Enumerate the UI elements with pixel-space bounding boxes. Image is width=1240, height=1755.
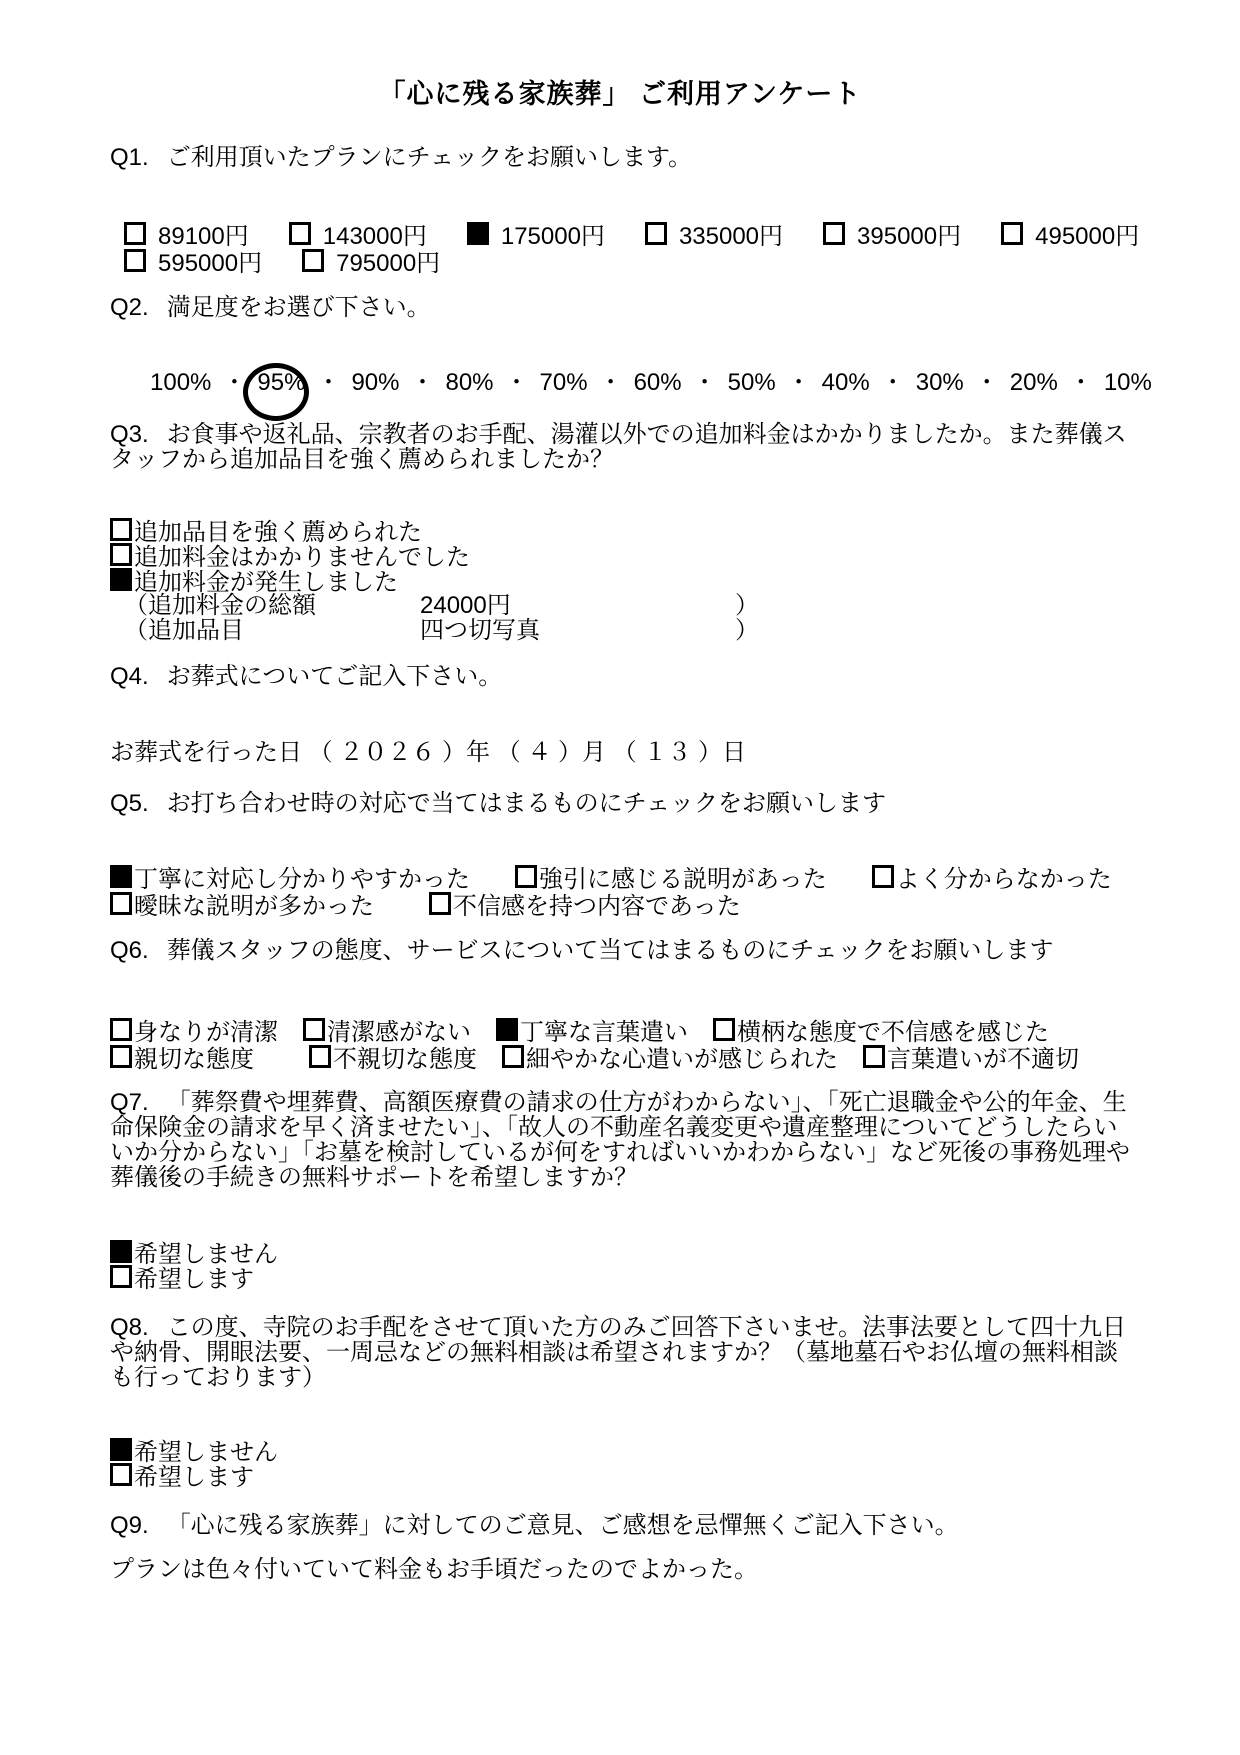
question-q3-number: Q3.: [110, 421, 149, 448]
q5-option: 曖昧な説明が多かった: [110, 892, 374, 919]
scale-separator: ・: [787, 370, 811, 395]
checkbox-unchecked-icon: [289, 222, 311, 245]
scale-option: 90%: [351, 370, 399, 395]
checkbox-unchecked-icon: [302, 249, 324, 272]
detail-value: 24000円: [420, 593, 735, 618]
checkbox-unchecked-icon: [309, 1045, 331, 1068]
close-paren: ）: [735, 592, 759, 619]
option-label: 追加料金はかかりませんでした: [134, 544, 470, 571]
satisfaction-scale: 100% ・ 95% ・ 90% ・ 80% ・ 70% ・ 60% ・ 50%…: [150, 370, 1152, 395]
option-label: 175000円: [501, 223, 605, 250]
checkbox-unchecked-icon: [502, 1045, 524, 1068]
q6-options-row-1: 身なりが清潔 清潔感がない 丁寧な言葉遣い 横柄な態度で不信感を感じた: [110, 1018, 1079, 1045]
q6-option: 清潔感がない: [303, 1018, 471, 1045]
scale-separator: ・: [1069, 370, 1093, 395]
checkbox-unchecked-icon: [515, 865, 537, 888]
q5-options-row-1: 丁寧に対応し分かりやすかった 強引に感じる説明があった よく分からなかった: [110, 865, 1112, 892]
q6-option: 親切な態度: [110, 1045, 254, 1072]
detail-value: 四つ切写真: [420, 618, 735, 643]
checkbox-unchecked-icon: [110, 1463, 132, 1486]
scale-option: 80%: [445, 370, 493, 395]
checkbox-unchecked-icon: [124, 222, 146, 245]
q5-options-row-2: 曖昧な説明が多かった 不信感を持つ内容であった: [110, 892, 1112, 919]
open-paren: （: [124, 617, 148, 644]
plan-option: 89100円: [124, 222, 249, 249]
option-label: 希望しません: [134, 1439, 278, 1466]
option-label: 希望しません: [134, 1241, 278, 1268]
q3-option-selected: 追加料金が発生しました: [110, 568, 470, 593]
checkbox-checked-icon: [110, 1438, 132, 1461]
scale-option: 30%: [916, 370, 964, 395]
question-q4-text: お葬式についてご記入下さい。: [167, 663, 503, 690]
option-label: 細やかな心遣いが感じられた: [526, 1046, 838, 1073]
option-label: 希望します: [134, 1266, 254, 1293]
q6-option: 細やかな心遣いが感じられた: [502, 1045, 838, 1072]
scale-separator: ・: [505, 370, 529, 395]
scale-option-selected: 95%: [257, 370, 305, 395]
checkbox-checked-icon: [467, 222, 489, 245]
question-q3-text: お食事や返礼品、宗教者のお手配、湯灌以外での追加料金はかかりましたか。また葬儀ス…: [110, 421, 1127, 473]
scale-option: 95%: [257, 369, 305, 396]
plan-option-selected: 175000円: [467, 222, 605, 249]
scale-option: 100%: [150, 370, 211, 395]
q3-options: 追加品目を強く薦められた 追加料金はかかりませんでした 追加料金が発生しました: [110, 518, 470, 593]
option-label: 丁寧な言葉遣い: [520, 1019, 688, 1046]
q6-option: 不親切な態度: [309, 1045, 477, 1072]
survey-document: 「心に残る家族葬」 ご利用アンケート Q1.ご利用頂いたプランにチェックをお願い…: [0, 0, 1240, 1755]
checkbox-unchecked-icon: [110, 1018, 132, 1041]
checkbox-unchecked-icon: [823, 222, 845, 245]
scale-option: 60%: [634, 370, 682, 395]
q6-options: 身なりが清潔 清潔感がない 丁寧な言葉遣い 横柄な態度で不信感を感じた 親切な態…: [110, 1018, 1079, 1072]
scale-separator: ・: [316, 370, 340, 395]
detail-label: 追加品目: [148, 617, 244, 644]
checkbox-unchecked-icon: [110, 518, 132, 541]
option-label: 親切な態度: [134, 1046, 254, 1073]
open-paren: （: [124, 592, 148, 619]
question-q7-number: Q7.: [110, 1089, 149, 1116]
option-label: 身なりが清潔: [134, 1019, 278, 1046]
plan-option: 335000円: [645, 222, 783, 249]
q8-option-selected: 希望しません: [110, 1438, 278, 1463]
option-label: 清潔感がない: [327, 1019, 471, 1046]
checkbox-unchecked-icon: [303, 1018, 325, 1041]
checkbox-unchecked-icon: [110, 1265, 132, 1288]
scale-option: 10%: [1104, 370, 1152, 395]
question-q5: Q5.お打ち合わせ時の対応で当てはまるものにチェックをお願いします: [110, 791, 1136, 816]
scale-separator: ・: [222, 370, 246, 395]
plan-option: 495000円: [1001, 222, 1139, 249]
checkbox-unchecked-icon: [429, 892, 451, 915]
q6-option: 言葉遣いが不適切: [863, 1045, 1079, 1072]
q3-option: 追加料金はかかりませんでした: [110, 543, 470, 568]
scale-separator: ・: [975, 370, 999, 395]
option-label: 795000円: [336, 250, 440, 277]
scale-option: 70%: [540, 370, 588, 395]
plan-option: 395000円: [823, 222, 961, 249]
option-label: 495000円: [1035, 223, 1139, 250]
checkbox-checked-icon: [110, 1240, 132, 1263]
option-label: 希望します: [134, 1464, 254, 1491]
question-q9: Q9.「心に残る家族葬」に対してのご意見、ご感想を忌憚無くご記入下さい。: [110, 1513, 1136, 1538]
q5-option: 強引に感じる説明があった: [515, 865, 827, 892]
option-label: 143000円: [323, 223, 427, 250]
checkbox-unchecked-icon: [110, 543, 132, 566]
checkbox-unchecked-icon: [124, 249, 146, 272]
checkbox-unchecked-icon: [110, 1045, 132, 1068]
q6-options-row-2: 親切な態度 不親切な態度 細やかな心遣いが感じられた 言葉遣いが不適切: [110, 1045, 1079, 1072]
plan-option: 795000円: [302, 249, 440, 276]
option-label: 不親切な態度: [333, 1046, 477, 1073]
q1-options-row-1: 89100円 143000円 175000円 335000円 395000円 4…: [124, 222, 1139, 249]
option-label: 89100円: [158, 223, 249, 250]
q5-options: 丁寧に対応し分かりやすかった 強引に感じる説明があった よく分からなかった 曖昧…: [110, 865, 1112, 919]
option-label: 335000円: [679, 223, 783, 250]
question-q3: Q3.お食事や返礼品、宗教者のお手配、湯灌以外での追加料金はかかりましたか。また…: [110, 422, 1136, 472]
option-label: よく分からなかった: [896, 866, 1112, 893]
checkbox-unchecked-icon: [1001, 222, 1023, 245]
option-label: 丁寧に対応し分かりやすかった: [134, 866, 470, 893]
q3-detail-item: （追加品目四つ切写真）: [124, 618, 759, 643]
q7-option-selected: 希望しません: [110, 1240, 278, 1265]
question-q8-text: この度、寺院のお手配をさせて頂いた方のみご回答下さいませ。法事法要として四十九日…: [110, 1314, 1126, 1391]
question-q1-text: ご利用頂いたプランにチェックをお願いします。: [167, 144, 692, 171]
question-q5-number: Q5.: [110, 790, 149, 817]
checkbox-unchecked-icon: [872, 865, 894, 888]
checkbox-unchecked-icon: [863, 1045, 885, 1068]
option-label: 強引に感じる説明があった: [539, 866, 827, 893]
question-q5-text: お打ち合わせ時の対応で当てはまるものにチェックをお願いします: [167, 790, 886, 817]
q8-options: 希望しません 希望します: [110, 1438, 278, 1488]
checkbox-unchecked-icon: [713, 1018, 735, 1041]
detail-label: 追加料金の総額: [148, 592, 316, 619]
option-label: 横柄な態度で不信感を感じた: [737, 1019, 1049, 1046]
scale-separator: ・: [599, 370, 623, 395]
q5-option-selected: 丁寧に対応し分かりやすかった: [110, 865, 470, 892]
question-q2-text: 満足度をお選び下さい。: [167, 294, 431, 321]
q6-option: 横柄な態度で不信感を感じた: [713, 1018, 1049, 1045]
scale-option: 40%: [822, 370, 870, 395]
question-q6: Q6.葬儀スタッフの態度、サービスについて当てはまるものにチェックをお願いします: [110, 938, 1136, 963]
checkbox-checked-icon: [496, 1018, 518, 1041]
q3-details: （追加料金の総額24000円） （追加品目四つ切写真）: [124, 593, 759, 643]
question-q9-text: 「心に残る家族葬」に対してのご意見、ご感想を忌憚無くご記入下さい。: [167, 1512, 959, 1539]
q7-option: 希望します: [110, 1265, 278, 1290]
q1-options-row-2: 595000円 795000円: [124, 249, 1139, 276]
q5-option: よく分からなかった: [872, 865, 1112, 892]
q1-options: 89100円 143000円 175000円 335000円 395000円 4…: [124, 222, 1139, 276]
question-q1-number: Q1.: [110, 144, 149, 171]
question-q8: Q8.この度、寺院のお手配をさせて頂いた方のみご回答下さいませ。法事法要として四…: [110, 1315, 1136, 1390]
scale-separator: ・: [693, 370, 717, 395]
question-q7: Q7.「葬祭費や埋葬費、高額医療費の請求の仕方がわからない」、「死亡退職金や公的…: [110, 1090, 1136, 1190]
question-q6-number: Q6.: [110, 937, 149, 964]
q9-answer: プランは色々付いていて料金もお手頃だったのでよかった。: [110, 1557, 1136, 1582]
q6-option-selected: 丁寧な言葉遣い: [496, 1018, 688, 1045]
question-q1: Q1.ご利用頂いたプランにチェックをお願いします。: [110, 145, 1136, 170]
question-q2: Q2.満足度をお選び下さい。: [110, 295, 1136, 320]
option-label: 追加品目を強く薦められた: [134, 519, 422, 546]
checkbox-unchecked-icon: [110, 892, 132, 915]
checkbox-checked-icon: [110, 865, 132, 888]
q7-options: 希望しません 希望します: [110, 1240, 278, 1290]
option-label: 595000円: [158, 250, 262, 277]
option-label: 曖昧な説明が多かった: [134, 893, 374, 920]
q3-detail-fee-total: （追加料金の総額24000円）: [124, 593, 759, 618]
plan-option: 595000円: [124, 249, 262, 276]
checkbox-unchecked-icon: [645, 222, 667, 245]
question-q9-number: Q9.: [110, 1512, 149, 1539]
question-q7-text: 「葬祭費や埋葬費、高額医療費の請求の仕方がわからない」、「死亡退職金や公的年金、…: [110, 1089, 1130, 1191]
page-title: 「心に残る家族葬」 ご利用アンケート: [0, 82, 1240, 107]
close-paren: ）: [735, 617, 759, 644]
question-q2-number: Q2.: [110, 294, 149, 321]
option-label: 395000円: [857, 223, 961, 250]
question-q4-number: Q4.: [110, 663, 149, 690]
plan-option: 143000円: [289, 222, 427, 249]
scale-separator: ・: [410, 370, 434, 395]
scale-option: 50%: [728, 370, 776, 395]
scale-separator: ・: [881, 370, 905, 395]
checkbox-checked-icon: [110, 568, 132, 591]
q5-option: 不信感を持つ内容であった: [429, 892, 741, 919]
q6-option: 身なりが清潔: [110, 1018, 278, 1045]
question-q4: Q4.お葬式についてご記入下さい。: [110, 664, 1136, 689]
q3-option: 追加品目を強く薦められた: [110, 518, 470, 543]
question-q8-number: Q8.: [110, 1314, 149, 1341]
option-label: 不信感を持つ内容であった: [453, 893, 741, 920]
scale-option: 20%: [1010, 370, 1058, 395]
question-q6-text: 葬儀スタッフの態度、サービスについて当てはまるものにチェックをお願いします: [167, 937, 1054, 964]
option-label: 言葉遣いが不適切: [887, 1046, 1079, 1073]
q4-date-line: お葬式を行った日 （ ２０２６ ）年 （ ４ ）月 （ １３ ）日: [110, 740, 1136, 765]
q8-option: 希望します: [110, 1463, 278, 1488]
